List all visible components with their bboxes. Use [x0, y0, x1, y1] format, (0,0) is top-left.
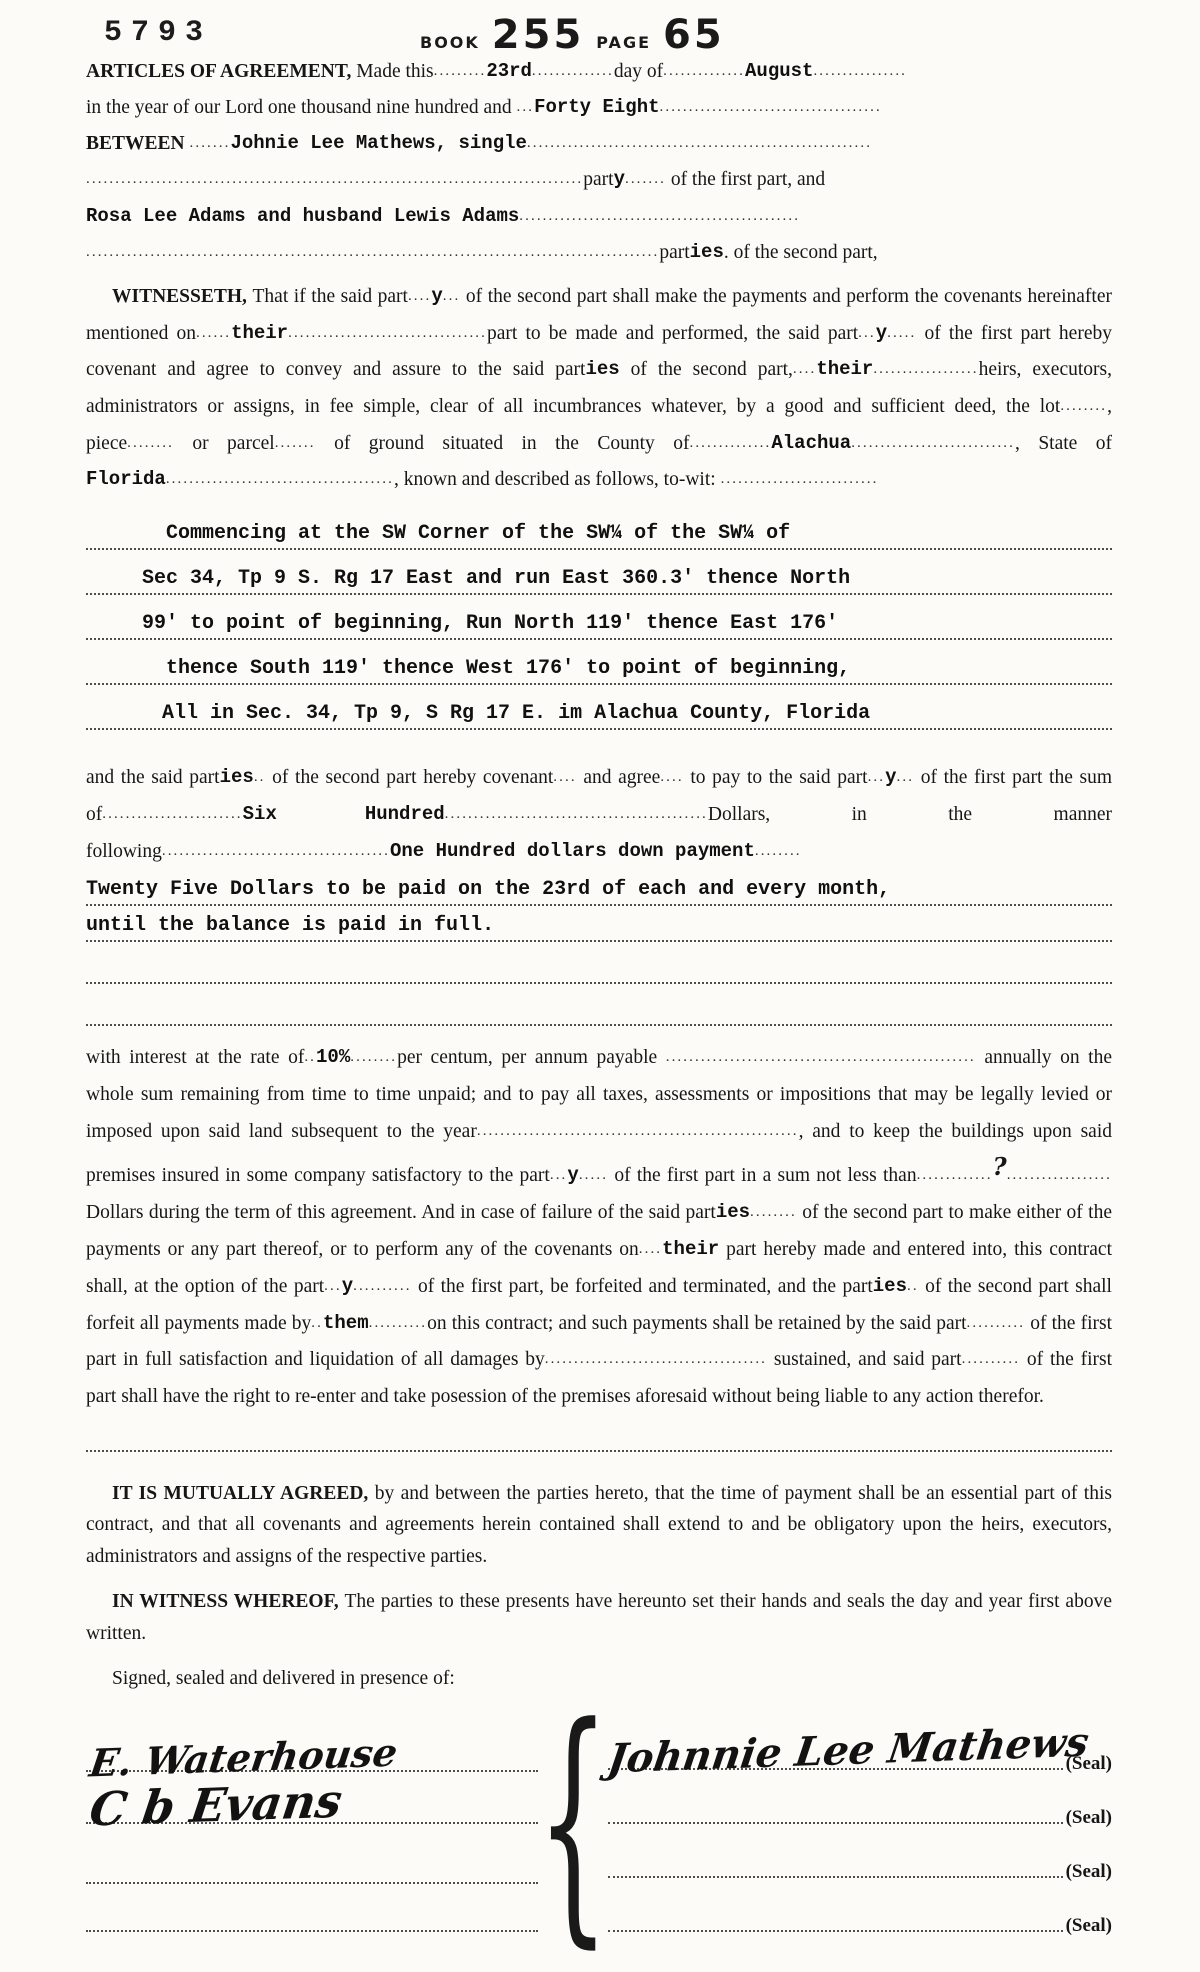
signature-block: E. Waterhouse C b Evans { Johnnie Lee Ma…	[86, 1712, 1112, 1932]
witness-signature-line: E. Waterhouse	[86, 1720, 538, 1772]
opening-line-second-party-name: Rosa Lee Adams and husband Lewis Adams..…	[86, 199, 1112, 235]
scanned-deed-page: 5793 BOOK 255 PAGE 65 ARTICLES OF AGREEM…	[0, 0, 1200, 1972]
witness-whereof-paragraph: IN WITNESS WHEREOF, The parties to these…	[86, 1586, 1112, 1649]
dotted-rule	[86, 984, 1112, 1026]
payment-typed-line-2: until the balance is paid in full.	[86, 906, 1112, 942]
book-label: BOOK	[420, 33, 480, 52]
book-page-stamp: BOOK 255 PAGE 65	[420, 12, 725, 58]
dotted-signature-line	[608, 1930, 1063, 1932]
page-label: PAGE	[596, 33, 651, 52]
seal-line: Johnnie Lee Mathews (Seal)	[608, 1716, 1112, 1770]
witness-signature-line: C b Evans	[86, 1772, 538, 1824]
document-number: 5793	[104, 16, 212, 50]
seal-line: (Seal)	[608, 1770, 1112, 1824]
description-line: 99' to point of beginning, Run North 119…	[86, 595, 1112, 640]
seal-line: (Seal)	[608, 1878, 1112, 1932]
description-line: All in Sec. 34, Tp 9, S Rg 17 E. im Alac…	[86, 685, 1112, 730]
opening-line-second-party: ........................................…	[86, 235, 1112, 271]
witness-signature-column: E. Waterhouse C b Evans	[86, 1712, 538, 1932]
mutually-agreed-paragraph: IT IS MUTUALLY AGREED, by and between th…	[86, 1478, 1112, 1573]
opening-line-first-party: ........................................…	[86, 162, 1112, 198]
brace-column: {	[538, 1712, 608, 1932]
opening-line-between: BETWEEN .......Johnie Lee Mathews, singl…	[86, 126, 1112, 162]
dotted-rule	[86, 942, 1112, 984]
seal-line: (Seal)	[608, 1824, 1112, 1878]
book-number: 255	[492, 12, 585, 58]
dotted-rule	[86, 1420, 1112, 1452]
seal-label: (Seal)	[1063, 1915, 1112, 1937]
description-line: Commencing at the SW Corner of the SW¼ o…	[86, 505, 1112, 550]
interest-paragraph: with interest at the rate of..10%.......…	[86, 1040, 1112, 1415]
party-signature-column: Johnnie Lee Mathews (Seal) (Seal) (Seal)…	[608, 1712, 1112, 1932]
description-line: Sec 34, Tp 9 S. Rg 17 East and run East …	[86, 550, 1112, 595]
payment-paragraph: and the said parties.. of the second par…	[86, 760, 1112, 870]
curly-brace-glyph: {	[536, 1712, 609, 1932]
page-number: 65	[663, 12, 725, 58]
witness-signature-line	[86, 1824, 538, 1884]
witness-signature-line	[86, 1884, 538, 1932]
description-line: thence South 119' thence West 176' to po…	[86, 640, 1112, 685]
payment-typed-line-1: Twenty Five Dollars to be paid on the 23…	[86, 870, 1112, 906]
property-description: Commencing at the SW Corner of the SW¼ o…	[86, 505, 1112, 730]
opening-line-title: ARTICLES OF AGREEMENT, Made this........…	[86, 54, 1112, 90]
witnesseth-paragraph: WITNESSETH, That if the said part....y..…	[86, 279, 1112, 499]
opening-line-year: in the year of our Lord one thousand nin…	[86, 90, 1112, 126]
